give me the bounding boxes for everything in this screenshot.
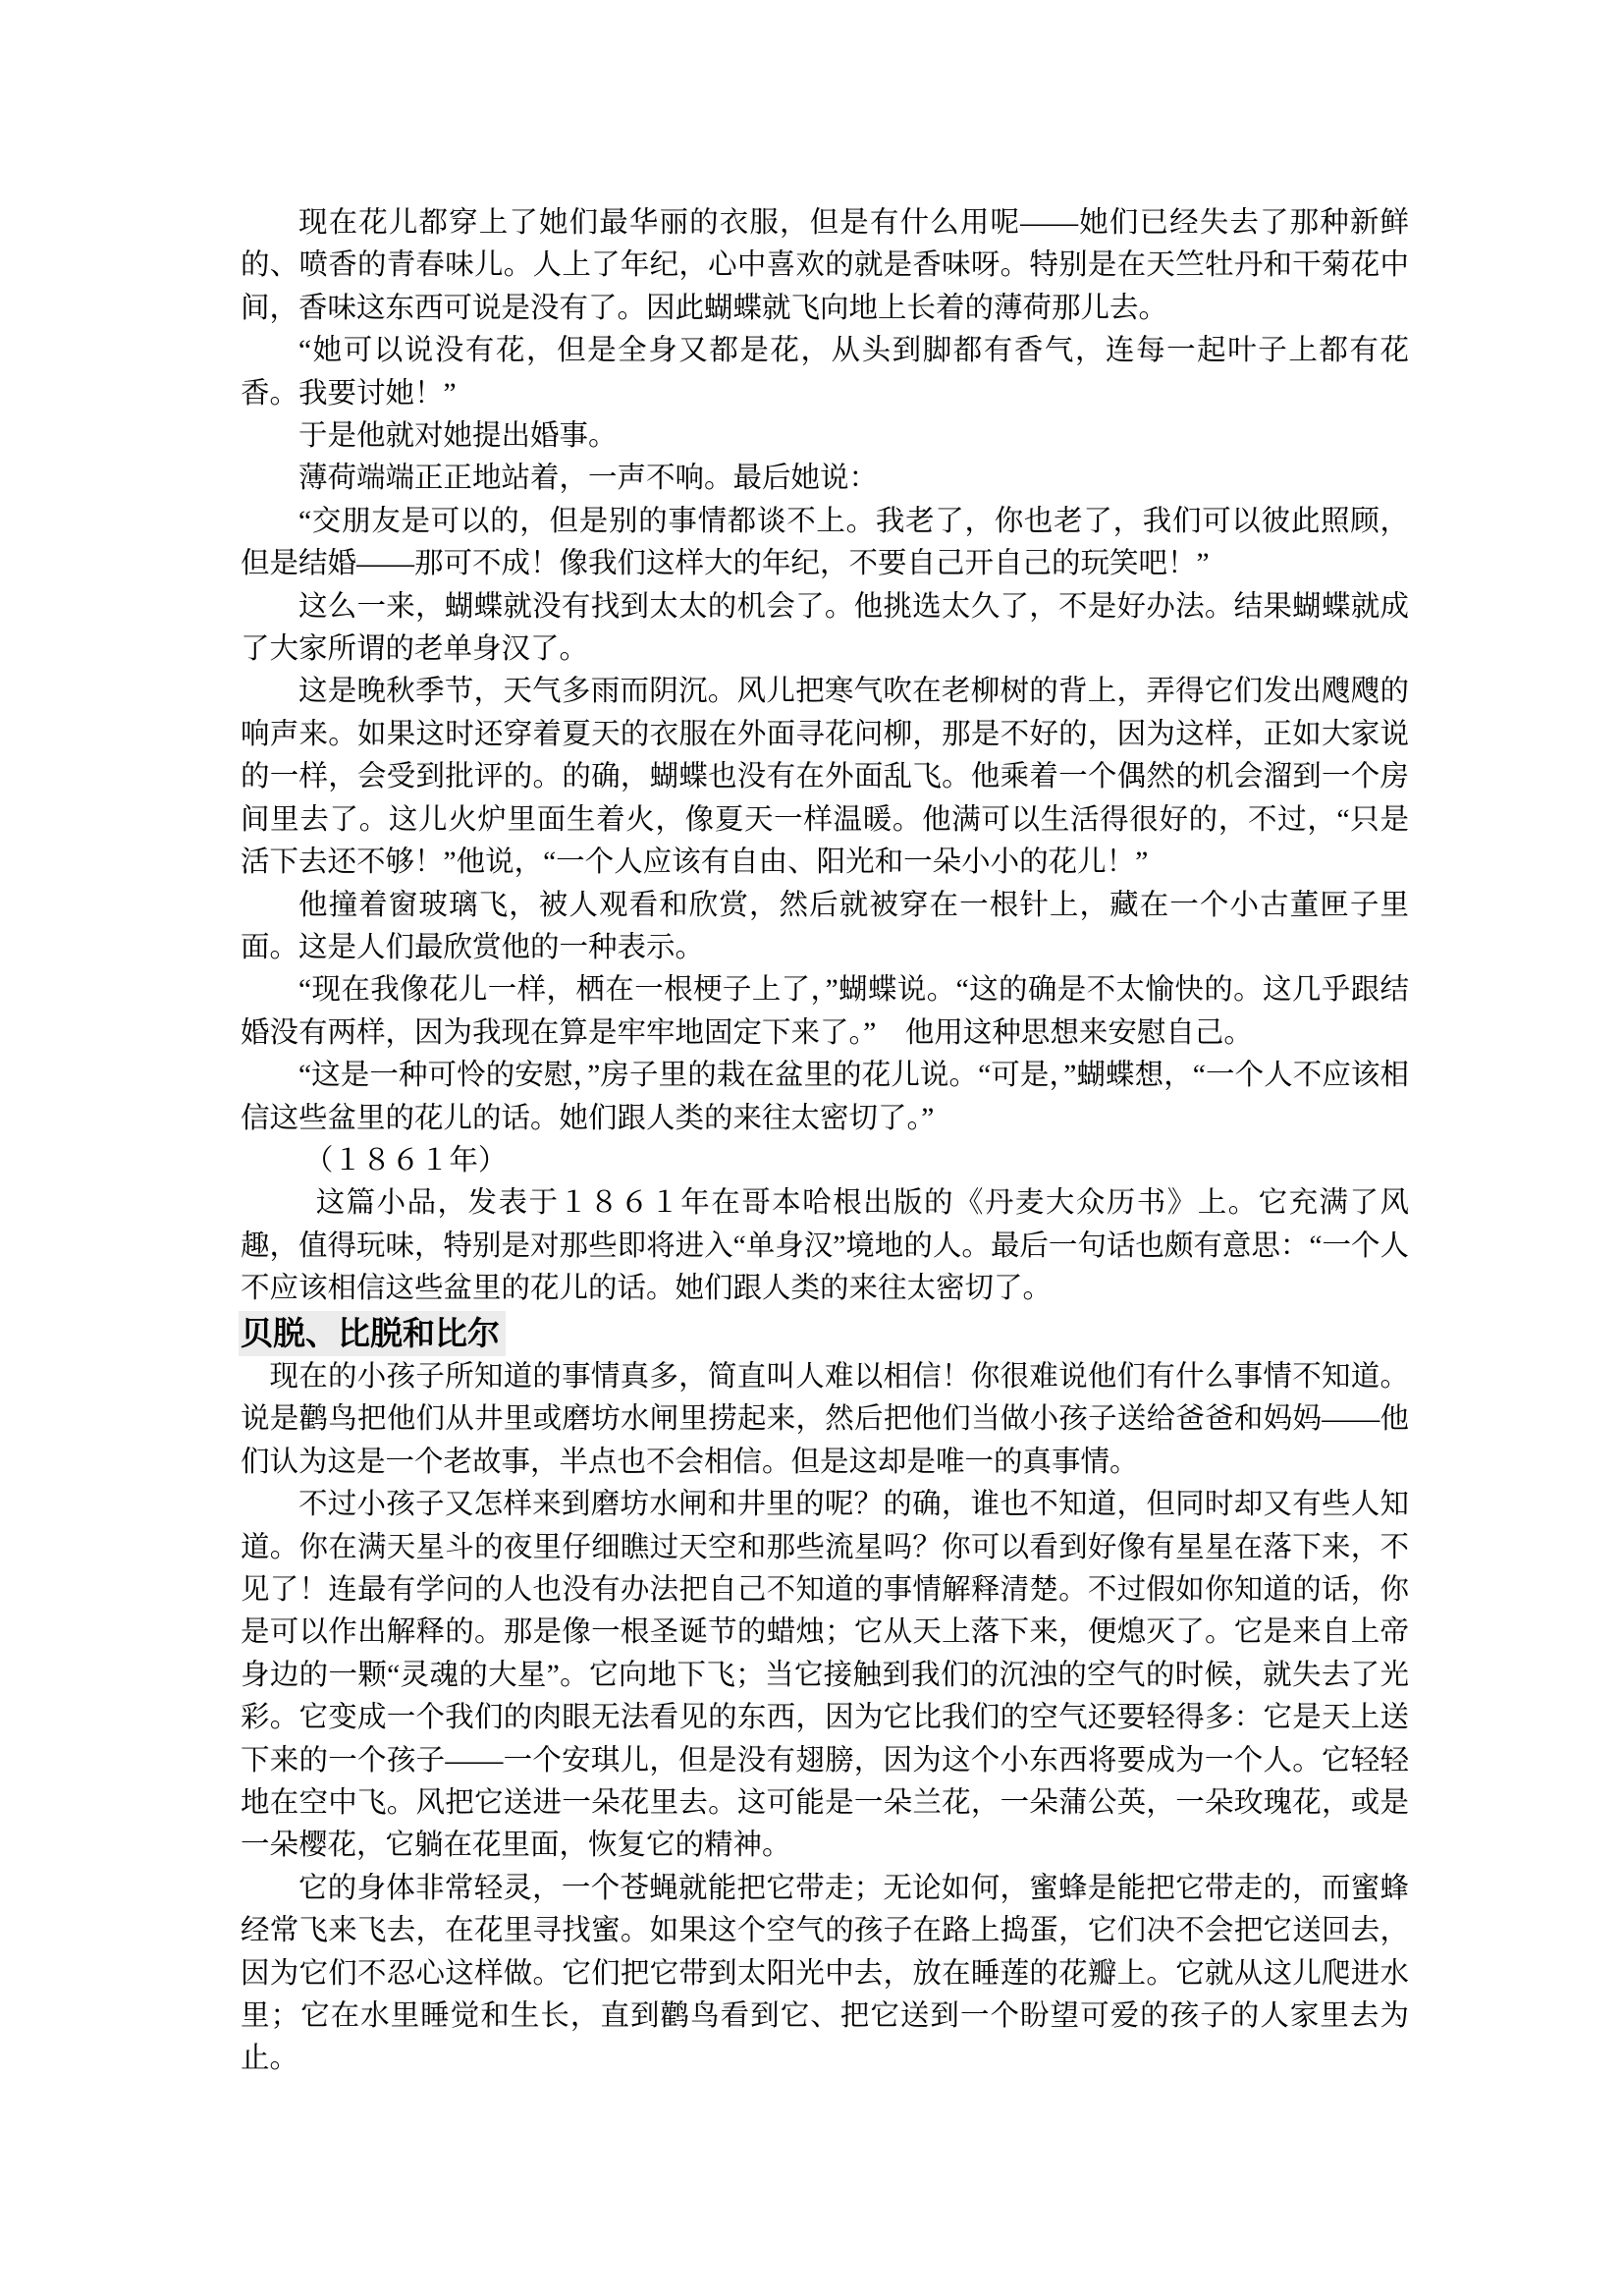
paragraph: 薄荷端端正正地站着，一声不响。最后她说： <box>241 458 1409 500</box>
document-page: 现在花儿都穿上了她们最华丽的衣服，但是有什么用呢——她们已经失去了那种新鲜的、喷… <box>0 0 1623 2296</box>
paragraph: “交朋友是可以的，但是别的事情都谈不上。我老了，你也老了，我们可以彼此照顾，但是… <box>241 501 1409 586</box>
section-heading: 贝脱、比脱和比尔 <box>241 1311 1409 1356</box>
paragraph: 这篇小品，发表于１８６１年在哥本哈根出版的《丹麦大众历书》上。它充满了风趣，值得… <box>241 1182 1409 1310</box>
paragraph: 它的身体非常轻灵，一个苍蝇就能把它带走；无论如何，蜜蜂是能把它带走的，而蜜蜂经常… <box>241 1868 1409 2081</box>
section-heading-text: 贝脱、比脱和比尔 <box>239 1311 506 1356</box>
paragraph: 现在花儿都穿上了她们最华丽的衣服，但是有什么用呢——她们已经失去了那种新鲜的、喷… <box>241 202 1409 330</box>
paragraph: 他撞着窗玻璃飞，被人观看和欣赏，然后就被穿在一根针上，藏在一个小古董匣子里面。这… <box>241 885 1409 970</box>
paragraph: “这是一种可怜的安慰，”房子里的栽在盆里的花儿说。“可是，”蝴蝶想，“一个人不应… <box>241 1055 1409 1140</box>
paragraph: “现在我像花儿一样，栖在一根梗子上了，”蝴蝶说。“这的确是不太愉快的。这几乎跟结… <box>241 969 1409 1055</box>
paragraph: （１８６１年） <box>241 1140 1409 1182</box>
paragraph: 现在的小孩子所知道的事情真多，简直叫人难以相信！你很难说他们有什么事情不知道。说… <box>241 1356 1409 1484</box>
paragraph: 不过小孩子又怎样来到磨坊水闸和井里的呢？的确，谁也不知道，但同时却又有些人知道。… <box>241 1484 1409 1868</box>
paragraph: 这么一来，蝴蝶就没有找到太太的机会了。他挑选太久了，不是好办法。结果蝴蝶就成了大… <box>241 586 1409 672</box>
document-content: 现在花儿都穿上了她们最华丽的衣服，但是有什么用呢——她们已经失去了那种新鲜的、喷… <box>241 202 1409 2081</box>
paragraph: “她可以说没有花，但是全身又都是花，从头到脚都有香气，连每一起叶子上都有花香。我… <box>241 330 1409 415</box>
paragraph: 于是他就对她提出婚事。 <box>241 415 1409 458</box>
paragraph: 这是晚秋季节，天气多雨而阴沉。风儿把寒气吹在老柳树的背上，弄得它们发出飕飕的响声… <box>241 671 1409 884</box>
